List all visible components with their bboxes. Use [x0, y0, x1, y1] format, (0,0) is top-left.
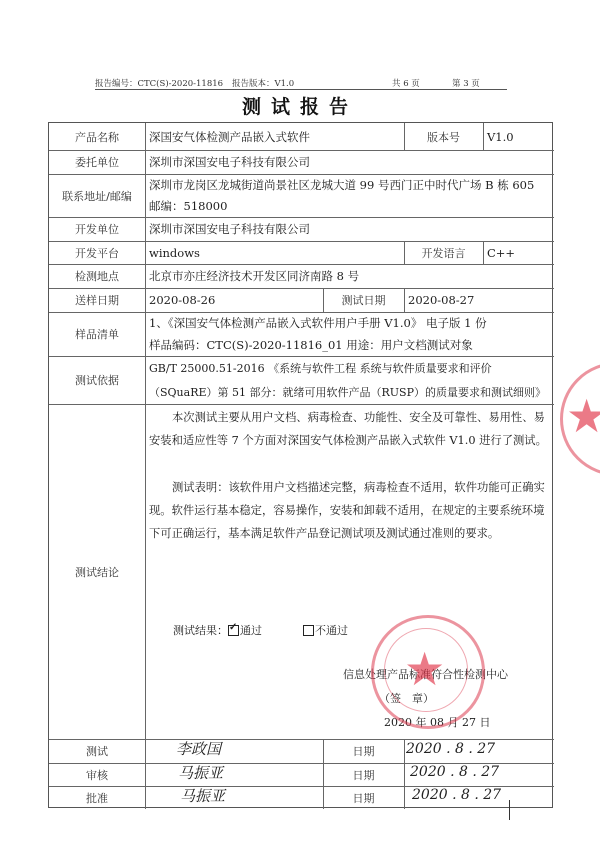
sample-item: 1、《深国安气体检测产品嵌入式软件用户手册 V1.0》 电子版 1 份 — [145, 312, 554, 334]
samples-label: 样品清单 — [49, 312, 145, 356]
signoff-role: 审核 — [49, 763, 145, 786]
conclusion-paragraph-2: 测试表明：该软件用户文档描述完整，病毒检查不适用，软件功能可正确实现。软件运行基… — [149, 476, 549, 545]
cross-page-seal-stamp: ★ — [560, 362, 600, 476]
signoff-role: 测试 — [49, 739, 145, 763]
client-label: 委托单位 — [49, 150, 145, 174]
signoff-role: 批准 — [49, 786, 145, 809]
location-label: 检测地点 — [49, 264, 145, 288]
signature-reviewer: 马振亚 — [178, 762, 223, 783]
language-value: C++ — [483, 241, 554, 264]
basis-line2: （SQuaRE）第 51 部分：就绪可用软件产品（RUSP）的质量要求和测试细则… — [145, 380, 554, 404]
report-version: 报告版本：V1.0 — [232, 77, 294, 89]
conclusion-paragraph-1: 本次测试主要从用户文档、病毒检查、功能性、安全及可靠性、易用性、易安装和适应性等… — [149, 406, 549, 452]
basis-label: 测试依据 — [49, 356, 145, 404]
signoff-date-label: 日期 — [323, 739, 404, 763]
product-name-label: 产品名称 — [49, 123, 145, 150]
signoff-date-label: 日期 — [323, 763, 404, 786]
test-date-label: 测试日期 — [323, 288, 404, 312]
basis-line1: GB/T 25000.51-2016 《系统与软件工程 系统与软件质量要求和评价 — [145, 356, 554, 380]
seal-label: （签 章） — [379, 689, 434, 707]
version-label: 版本号 — [404, 123, 483, 150]
address-label: 联系地址/邮编 — [49, 174, 145, 217]
star-icon: ★ — [566, 393, 600, 439]
test-result: 测试结果： 通过 — [173, 621, 262, 639]
client-value: 深圳市深国安电子科技有限公司 — [145, 150, 554, 174]
signoff-date-handwritten: 2020 . 8 . 27 — [412, 787, 501, 803]
signoff-date-handwritten: 2020 . 8 . 27 — [410, 764, 499, 780]
pass-label: 通过 — [240, 622, 262, 638]
version-value: V1.0 — [483, 123, 554, 150]
conclusion-label: 测试结论 — [49, 404, 145, 739]
product-name-value: 深国安气体检测产品嵌入式软件 — [145, 123, 404, 150]
page-title: 测试报告 — [0, 92, 600, 119]
delivery-date-label: 送样日期 — [49, 288, 145, 312]
test-result-label: 测试结果： — [173, 622, 228, 638]
developer-label: 开发单位 — [49, 217, 145, 241]
developer-value: 深圳市深国安电子科技有限公司 — [145, 217, 554, 241]
conclusion-date: 2020 年 08 月 27 日 — [384, 713, 490, 731]
page-number: 第 3 页 — [452, 77, 480, 89]
signature-approver: 马振亚 — [180, 785, 225, 806]
report-table: 产品名称 深国安气体检测产品嵌入式软件 版本号 V1.0 委托单位 深圳市深国安… — [48, 122, 553, 808]
platform-label: 开发平台 — [49, 241, 145, 264]
pass-checkbox — [228, 625, 239, 636]
pen-stroke — [509, 800, 510, 820]
platform-value: windows — [145, 241, 404, 264]
signoff-date-handwritten: 2020 . 8 . 27 — [406, 741, 495, 757]
location-value: 北京市亦庄经济技术开发区同济南路 8 号 — [145, 264, 554, 288]
col-divider — [404, 739, 405, 809]
sample-code: 样品编码：CTC(S)-2020-11816_01 用途：用户文档测试对象 — [145, 334, 554, 356]
report-number: 报告编号：CTC(S)-2020-11816 — [95, 77, 223, 89]
test-date-value: 2020-08-27 — [404, 288, 554, 312]
signoff-date-label: 日期 — [323, 786, 404, 809]
signature-tester: 李政国 — [176, 738, 221, 759]
language-label: 开发语言 — [404, 241, 483, 264]
total-pages: 共 6 页 — [392, 77, 420, 89]
test-result-fail: 不通过 — [303, 621, 348, 639]
page-header: 报告编号：CTC(S)-2020-11816 报告版本：V1.0 共 6 页 第… — [95, 74, 507, 90]
issuing-org: 信息处理产品标准符合性检测中心 — [343, 665, 508, 683]
address-line: 深圳市龙岗区龙城街道尚景社区龙城大道 99 号西门正中时代广场 B 栋 605 — [145, 174, 554, 196]
postcode: 邮编：518000 — [145, 195, 554, 217]
fail-label: 不通过 — [315, 622, 348, 638]
fail-checkbox — [303, 625, 314, 636]
delivery-date-value: 2020-08-26 — [145, 288, 323, 312]
